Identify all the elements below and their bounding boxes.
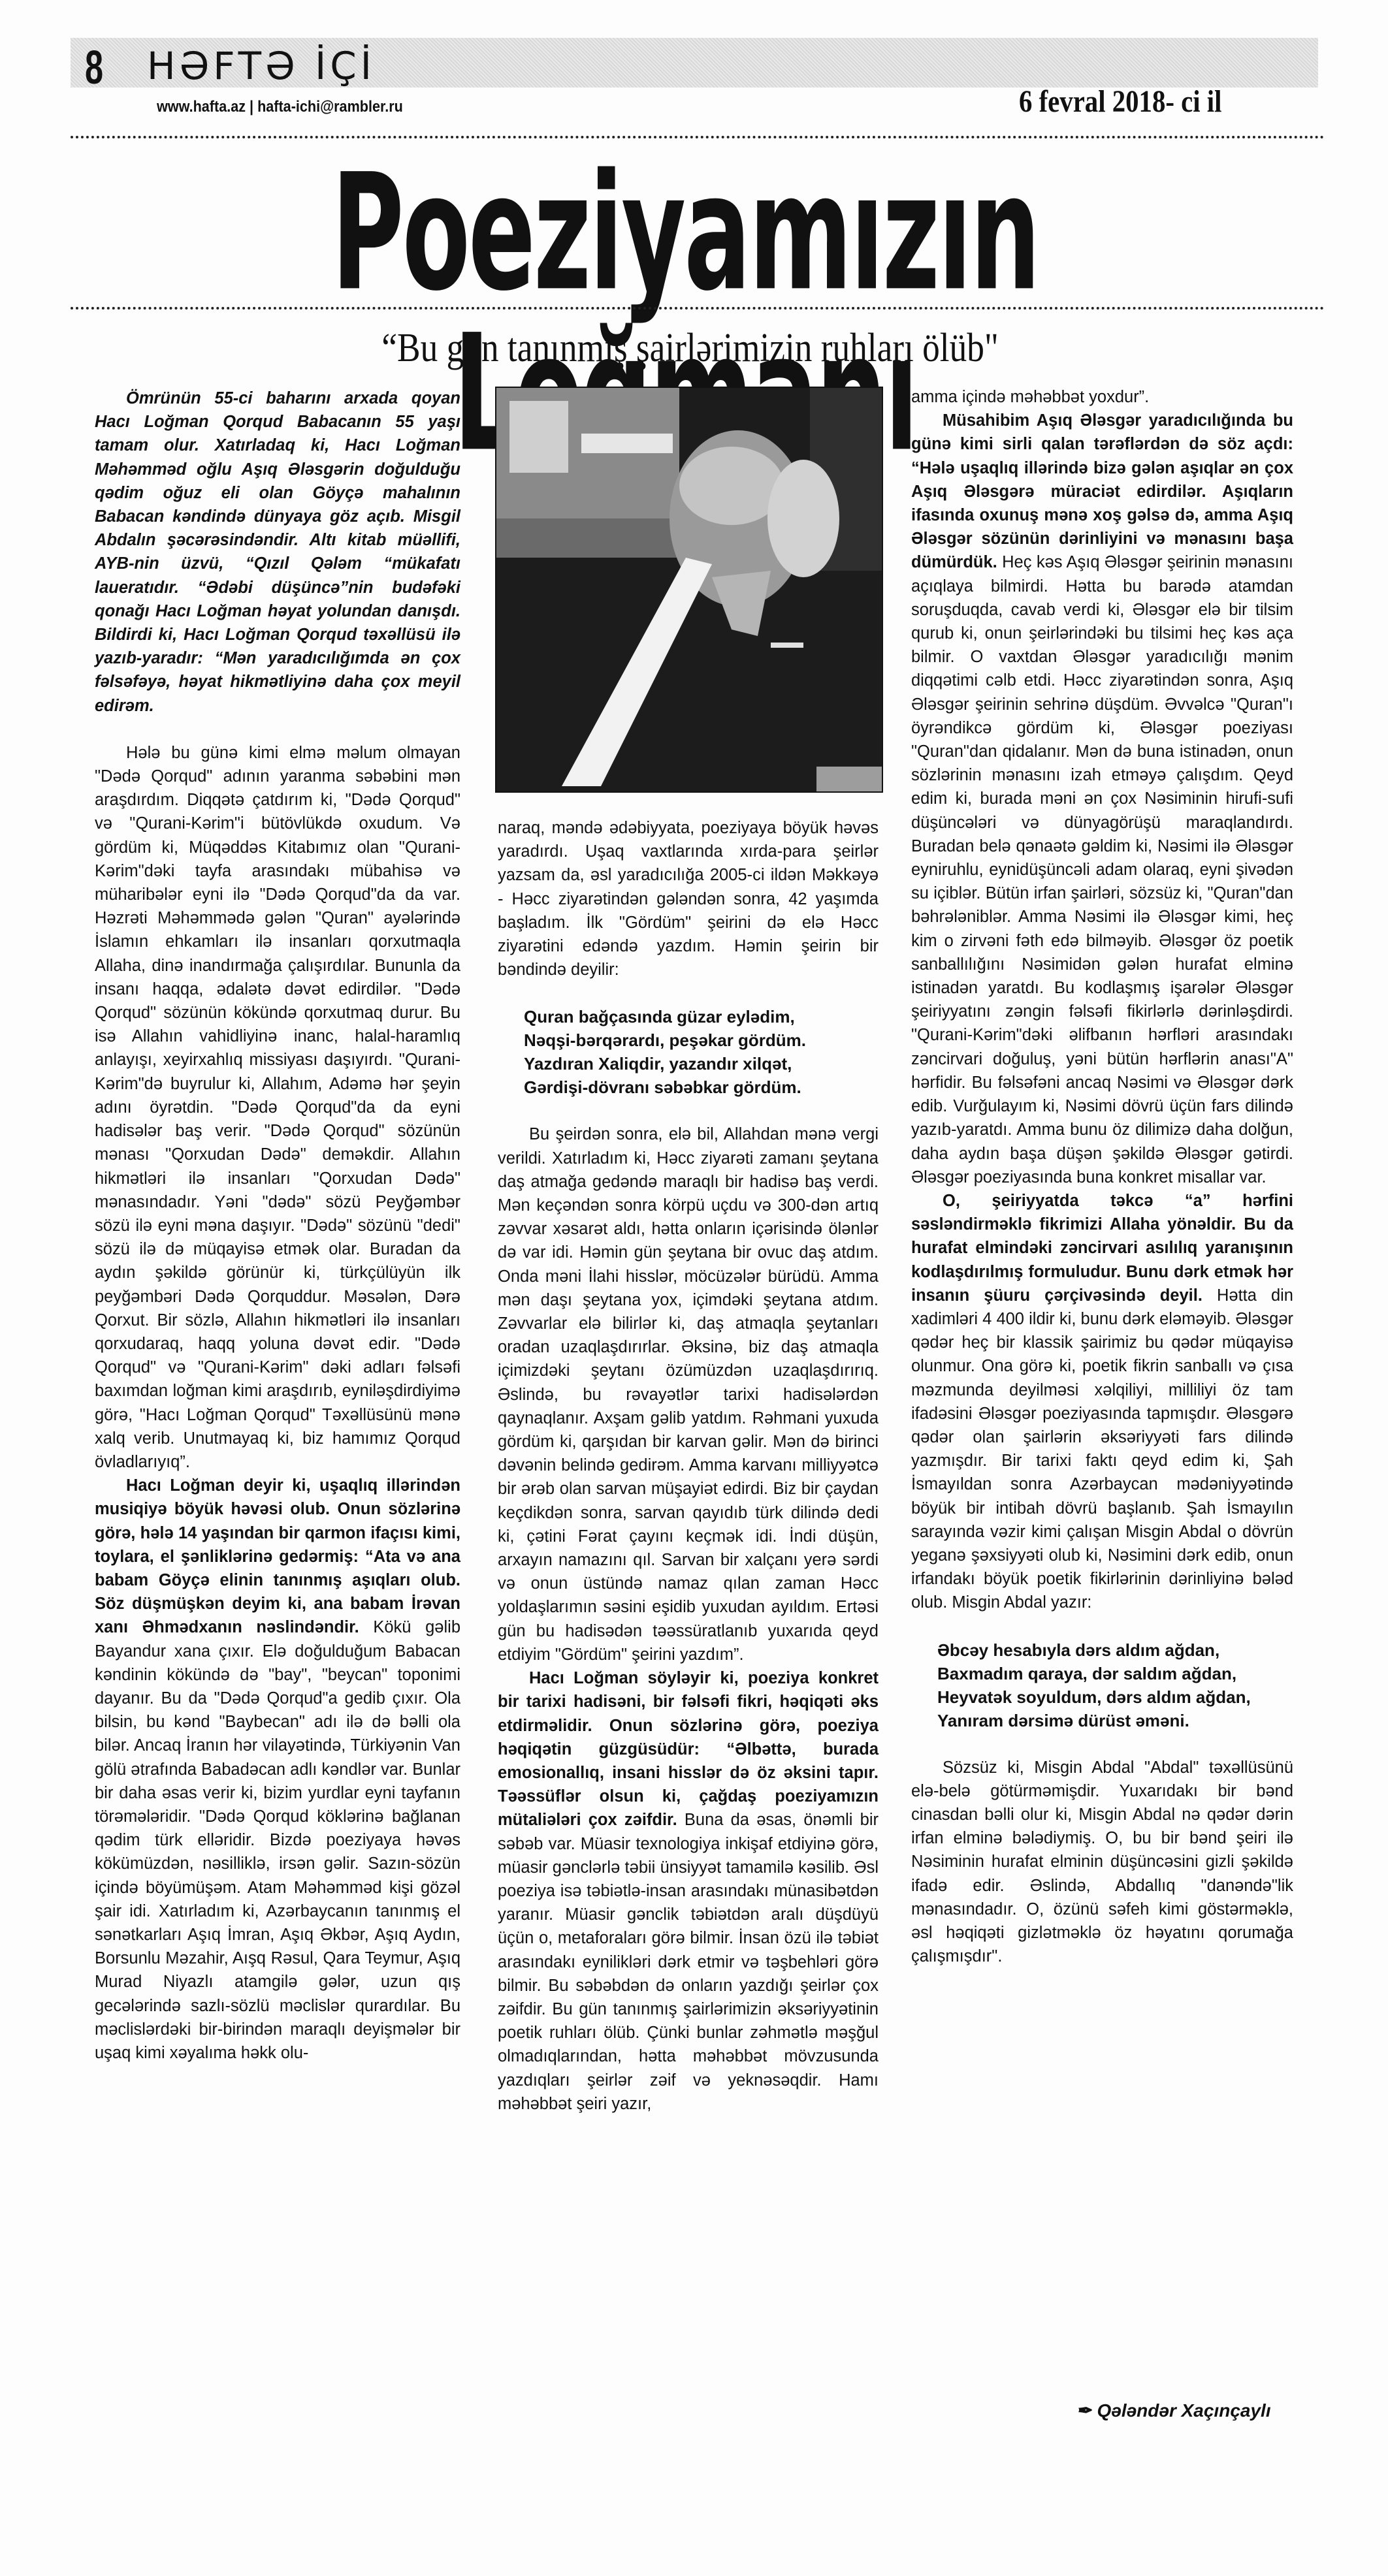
paragraph-text: Buna da əsas, önəmli bir səbəb var. Müas… <box>498 1811 879 2112</box>
paragraph: O, şeiriyyatda təkcə “a” hərfini səslənd… <box>911 1189 1293 1615</box>
poem-line: Gərdişi-dövranı səbəbkar gördüm. <box>524 1075 879 1099</box>
paragraph: Sözsüz ki, Misgin Abdal "Abdal" təxəllüs… <box>911 1756 1293 1969</box>
paragraph: Bu şeirdən sonra, elə bil, Allahdan mənə… <box>498 1122 879 1666</box>
paragraph: amma içində məhəbbət yoxdur”. <box>911 385 1293 409</box>
paragraph: naraq, məndə ədəbiyyata, poeziyaya böyük… <box>498 816 879 981</box>
website-link[interactable]: www.hafta.az <box>157 98 246 116</box>
poem-line: Yazdıran Xaliqdir, yazandır xilqət, <box>524 1052 879 1075</box>
paragraph-text: Kökü gəlib Bayandur xana çıxır. Elə doğu… <box>95 1618 460 2062</box>
author-name: Qələndər Xaçınçaylı <box>1097 2400 1270 2421</box>
article-column-2: naraq, məndə ədəbiyyata, poeziyaya böyük… <box>498 816 879 2116</box>
contacts: www.hafta.az | hafta-ichi@rambler.ru <box>157 98 403 116</box>
bold-text: Hacı Loğman söyləyir ki, poeziya konkret… <box>498 1669 879 1829</box>
bold-text: Hacı Loğman deyir ki, uşaqlıq illərindən… <box>95 1476 460 1636</box>
page-number: 8 <box>85 44 103 91</box>
issue-date: 6 fevral 2018- ci il <box>1019 84 1221 119</box>
article-column-3: amma içində məhəbbət yoxdur”. Müsahibim … <box>911 385 1293 1968</box>
poem-line: Nəqşi-bərqərardı, peşəkar gördüm. <box>524 1028 879 1052</box>
newspaper-page: 8 HƏFTƏ İÇİ www.hafta.az | hafta-ichi@ra… <box>0 0 1388 2576</box>
pen-icon: ✒ <box>1078 2400 1093 2421</box>
section-title: HƏFTƏ İÇİ <box>147 47 376 85</box>
article-column-1: Ömrünün 55-ci baharını arxada qoyan Hacı… <box>95 387 460 2065</box>
portrait-image-icon <box>496 388 882 791</box>
paragraph: Müsahibim Aşıq Ələsgər yaradıcılığında b… <box>911 409 1293 1189</box>
poem-line: Quran bağçasında güzar eylədim, <box>524 1005 879 1028</box>
poem-stanza-gordum: Quran bağçasında güzar eylədim, Nəqşi-bə… <box>524 1005 879 1099</box>
divider-rule-top <box>71 136 1325 138</box>
author-byline: ✒Qələndər Xaçınçaylı <box>1078 2400 1271 2421</box>
paragraph: Hələ bu günə kimi elmə məlum olmayan "Də… <box>95 741 460 1474</box>
paragraph: Hacı Loğman deyir ki, uşaqlıq illərindən… <box>95 1474 460 2065</box>
poem-line: Baxmadım qaraya, dər saldım ağdan, <box>937 1662 1293 1685</box>
divider-rule-headline <box>71 307 1325 310</box>
paragraph-text: Heç kəs Aşıq Ələsgər şeirinin mənasını a… <box>911 553 1293 1186</box>
contacts-separator: | <box>250 98 253 116</box>
article-subheadline: “Bu gün tanınmış şairlərimizin ruhları ö… <box>93 328 1287 368</box>
email-link[interactable]: hafta-ichi@rambler.ru <box>257 98 403 116</box>
poem-line: Əbcəy hesabıyla dərs aldım ağdan, <box>937 1638 1293 1662</box>
poem-line: Yanıram dərsimə dürüst əməni. <box>937 1709 1293 1732</box>
paragraph-text: Hətta din xadimləri 4 400 ildir ki, bunu… <box>911 1286 1293 1612</box>
paragraph: Hacı Loğman söyləyir ki, poeziya konkret… <box>498 1666 879 2116</box>
poem-line: Heyvatək soyuldum, dərs aldım ağdan, <box>937 1685 1293 1709</box>
poem-stanza-misgin-abdal: Əbcəy hesabıyla dərs aldım ağdan, Baxmad… <box>937 1638 1293 1732</box>
article-lead: Ömrünün 55-ci baharını arxada qoyan Hacı… <box>95 387 460 718</box>
bold-text: Müsahibim Aşıq Ələsgər yaradıcılığında b… <box>911 411 1293 571</box>
portrait-photo <box>495 387 883 793</box>
